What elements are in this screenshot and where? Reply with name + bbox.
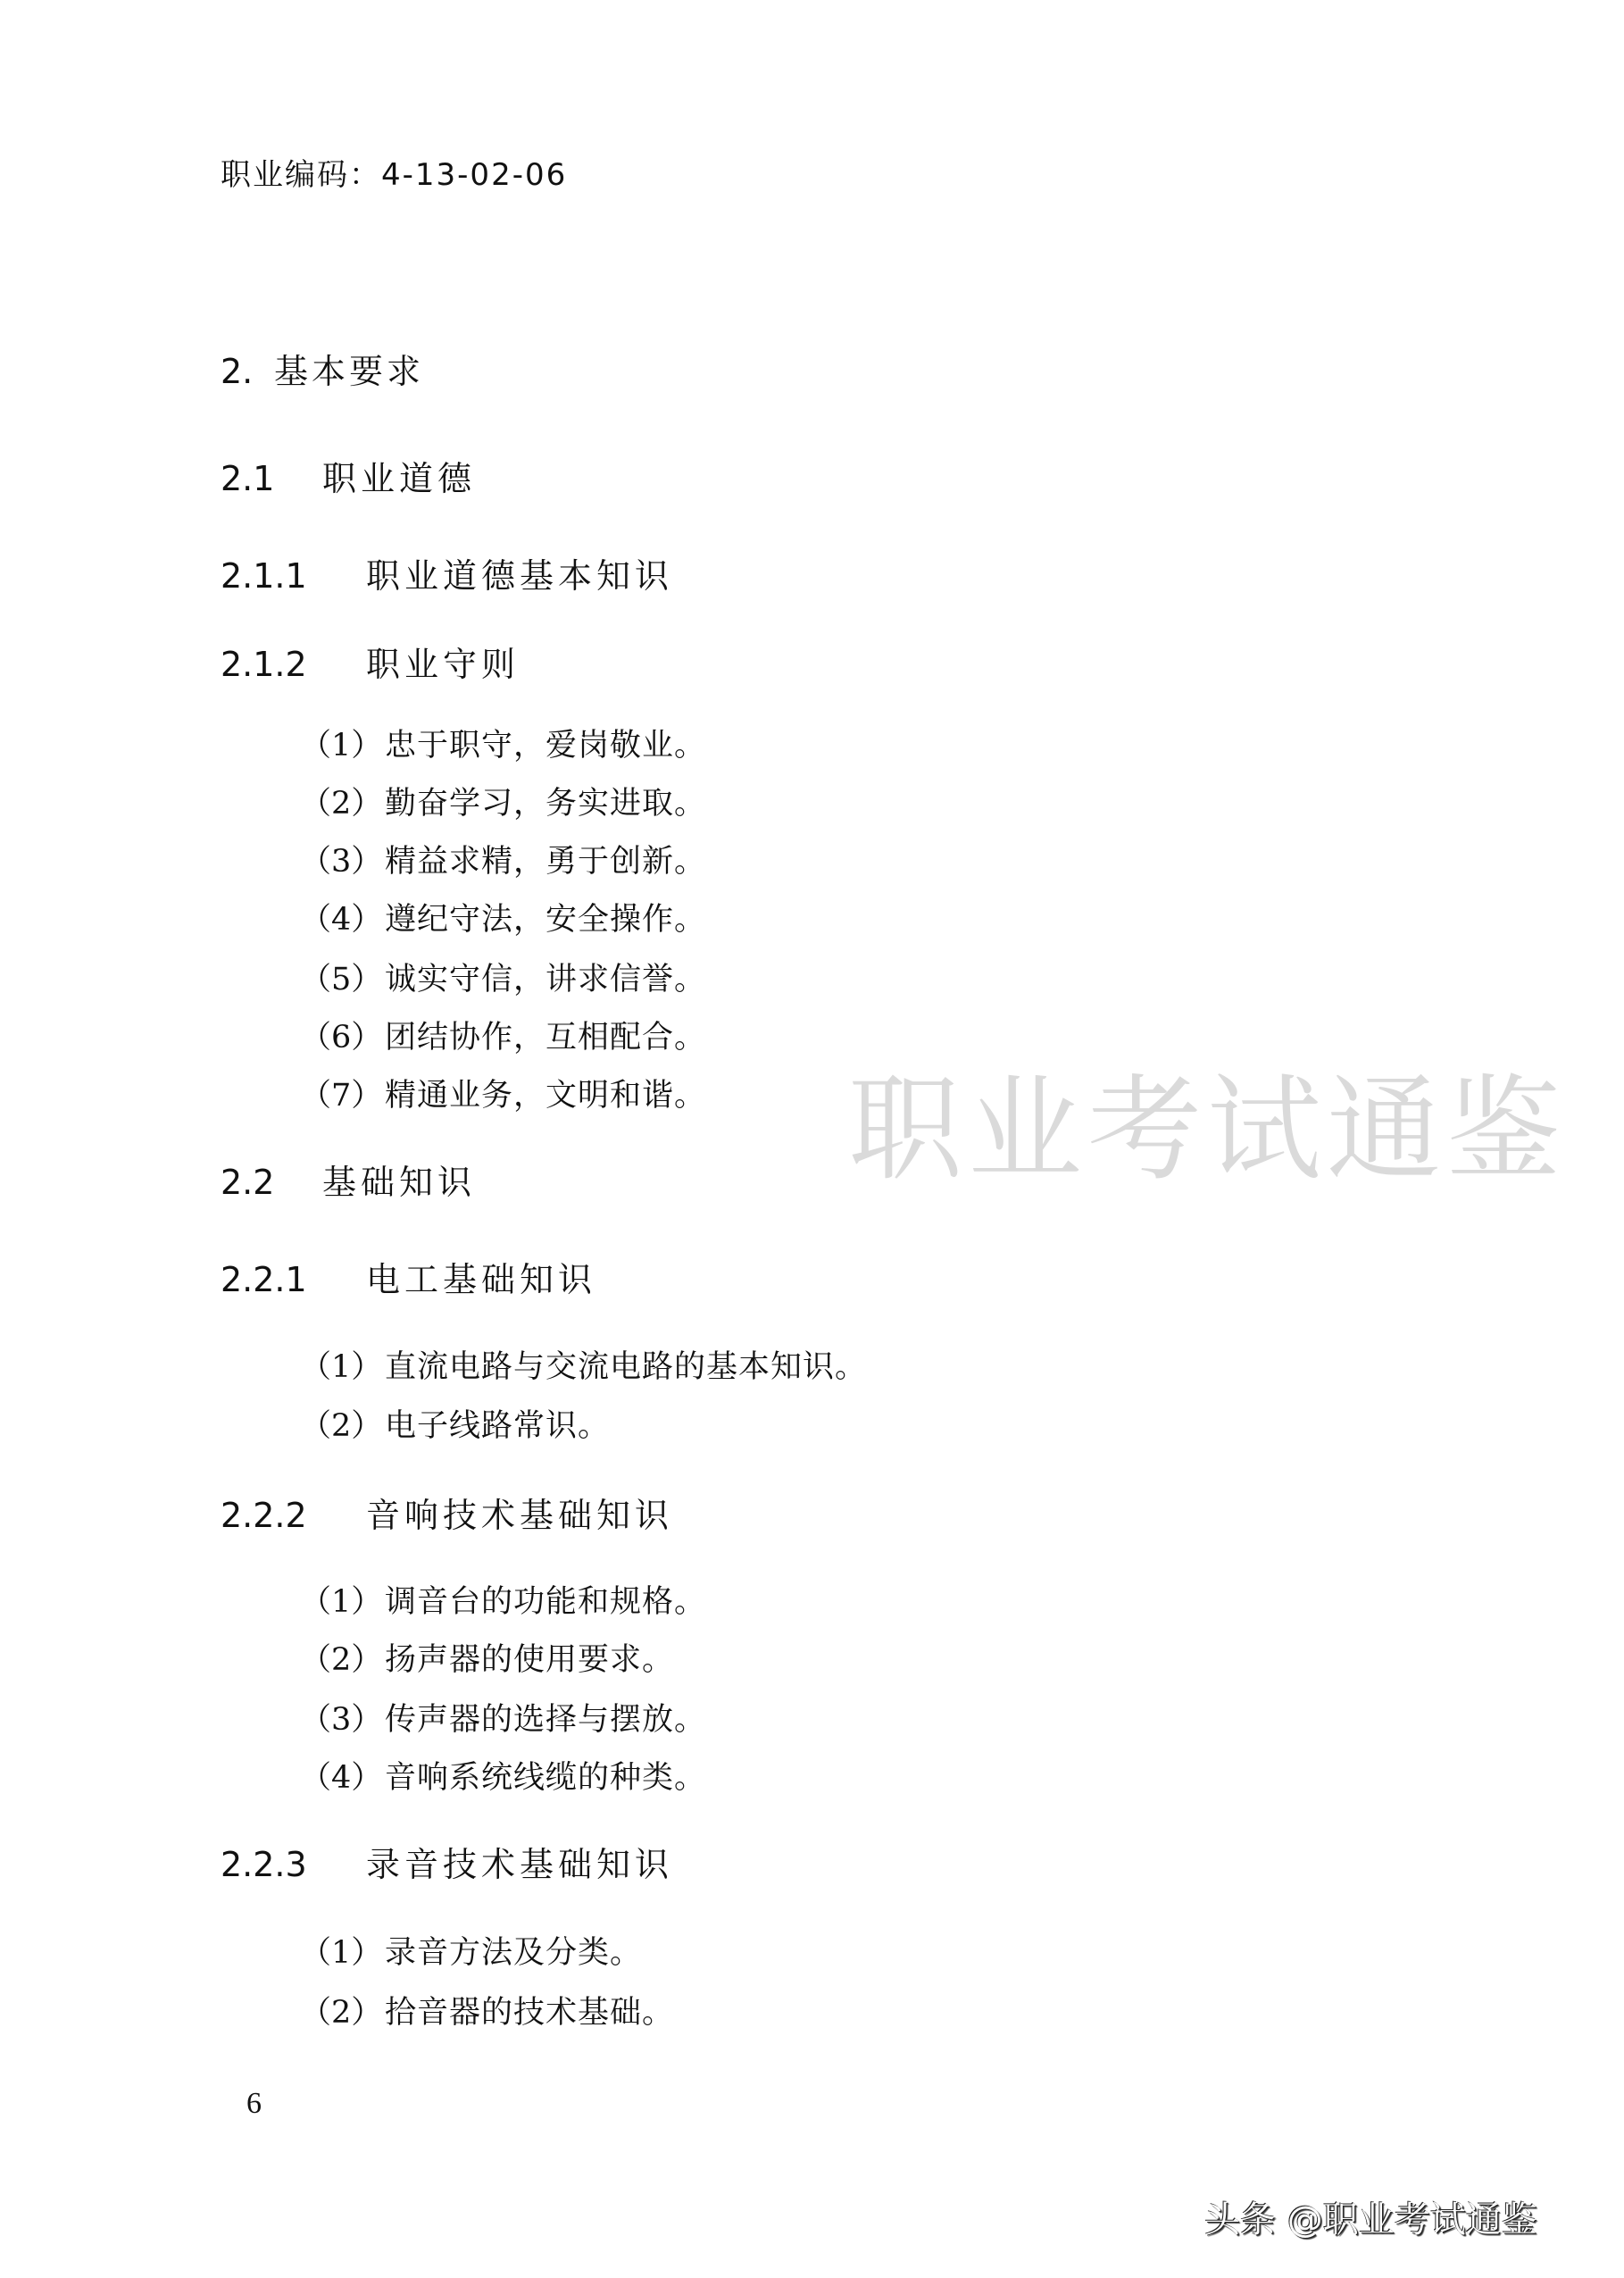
list-item: （3）精益求精，勇于创新。 (300, 843, 706, 880)
section-number: 2.2.3 (221, 1845, 307, 1884)
watermark: 职业考试通鉴 (848, 1068, 1566, 1193)
list-text: 录音方法及分类。 (385, 1935, 642, 1971)
list-index: （4） (300, 901, 385, 939)
list-index: （2） (300, 1641, 385, 1679)
list-item: （6）团结协作，互相配合。 (300, 1019, 706, 1056)
section-title: 音响技术基础知识 (366, 1496, 673, 1535)
section-title: 职业道德基本知识 (366, 556, 673, 596)
section-heading-2-1: 2.1 职业道德 (221, 459, 274, 498)
section-title: 职业道德 (322, 459, 476, 498)
section-number: 2.1.1 (221, 556, 307, 596)
list-item: （5）诚实守信，讲求信誉。 (300, 961, 706, 998)
list-text: 勤奋学习，务实进取。 (385, 786, 706, 822)
list-item: （1）直流电路与交流电路的基本知识。 (300, 1348, 867, 1386)
section-number: 2. (221, 352, 253, 391)
list-index: （3） (300, 843, 385, 880)
section-heading-2-1-2: 2.1.2 职业守则 (221, 645, 307, 684)
list-text: 电子线路常识。 (385, 1408, 610, 1444)
section-title: 基本要求 (274, 352, 424, 391)
section-heading-2-2: 2.2 基础知识 (221, 1163, 274, 1202)
list-index: （2） (300, 1994, 385, 2032)
list-text: 直流电路与交流电路的基本知识。 (385, 1349, 867, 1385)
list-item: （2）扬声器的使用要求。 (300, 1641, 674, 1679)
list-text: 忠于职守，爱岗敬业。 (385, 728, 706, 764)
list-text: 遵纪守法，安全操作。 (385, 902, 706, 938)
page-number: 6 (246, 2086, 262, 2122)
list-text: 精益求精，勇于创新。 (385, 844, 706, 880)
section-number: 2.2 (221, 1163, 274, 1202)
section-heading-2: 2. 基本要求 (221, 352, 253, 391)
section-number: 2.1 (221, 459, 274, 498)
list-text: 拾音器的技术基础。 (385, 1995, 674, 2031)
list-item: （1）录音方法及分类。 (300, 1934, 642, 1972)
list-index: （1） (300, 1934, 385, 1972)
list-item: （4）遵纪守法，安全操作。 (300, 901, 706, 939)
list-text: 调音台的功能和规格。 (385, 1584, 706, 1620)
list-index: （3） (300, 1701, 385, 1739)
list-index: （2） (300, 785, 385, 822)
section-heading-2-2-3: 2.2.3 录音技术基础知识 (221, 1845, 307, 1884)
list-text: 扬声器的使用要求。 (385, 1642, 674, 1678)
list-text: 音响系统线缆的种类。 (385, 1760, 706, 1796)
section-title: 职业守则 (366, 645, 520, 684)
section-heading-2-2-2: 2.2.2 音响技术基础知识 (221, 1496, 307, 1535)
list-item: （3）传声器的选择与摆放。 (300, 1701, 706, 1739)
list-item: （2）拾音器的技术基础。 (300, 1994, 674, 2032)
list-index: （2） (300, 1407, 385, 1445)
section-number: 2.1.2 (221, 645, 307, 684)
list-item: （2）电子线路常识。 (300, 1407, 610, 1445)
section-number: 2.2.2 (221, 1496, 307, 1535)
list-index: （4） (300, 1759, 385, 1797)
list-item: （2）勤奋学习，务实进取。 (300, 785, 706, 822)
list-text: 传声器的选择与摆放。 (385, 1702, 706, 1738)
list-item: （1）调音台的功能和规格。 (300, 1583, 706, 1621)
section-number: 2.2.1 (221, 1260, 307, 1299)
list-index: （1） (300, 1348, 385, 1386)
list-index: （7） (300, 1077, 385, 1114)
list-item: （4）音响系统线缆的种类。 (300, 1759, 706, 1797)
list-index: （5） (300, 961, 385, 998)
section-heading-2-2-1: 2.2.1 电工基础知识 (221, 1260, 307, 1299)
list-index: （1） (300, 1583, 385, 1621)
list-item: （1）忠于职守，爱岗敬业。 (300, 727, 706, 764)
list-index: （1） (300, 727, 385, 764)
section-title: 录音技术基础知识 (366, 1845, 673, 1884)
list-item: （7）精通业务，文明和谐。 (300, 1077, 706, 1114)
source-credit: 头条 @职业考试通鉴 (1204, 2199, 1537, 2241)
list-text: 团结协作，互相配合。 (385, 1020, 706, 1056)
occupation-code: 职业编码：4-13-02-06 (221, 157, 567, 193)
list-index: （6） (300, 1019, 385, 1056)
section-heading-2-1-1: 2.1.1 职业道德基本知识 (221, 556, 307, 596)
list-text: 诚实守信，讲求信誉。 (385, 962, 706, 997)
list-text: 精通业务，文明和谐。 (385, 1078, 706, 1114)
section-title: 电工基础知识 (366, 1260, 596, 1299)
section-title: 基础知识 (322, 1163, 476, 1202)
